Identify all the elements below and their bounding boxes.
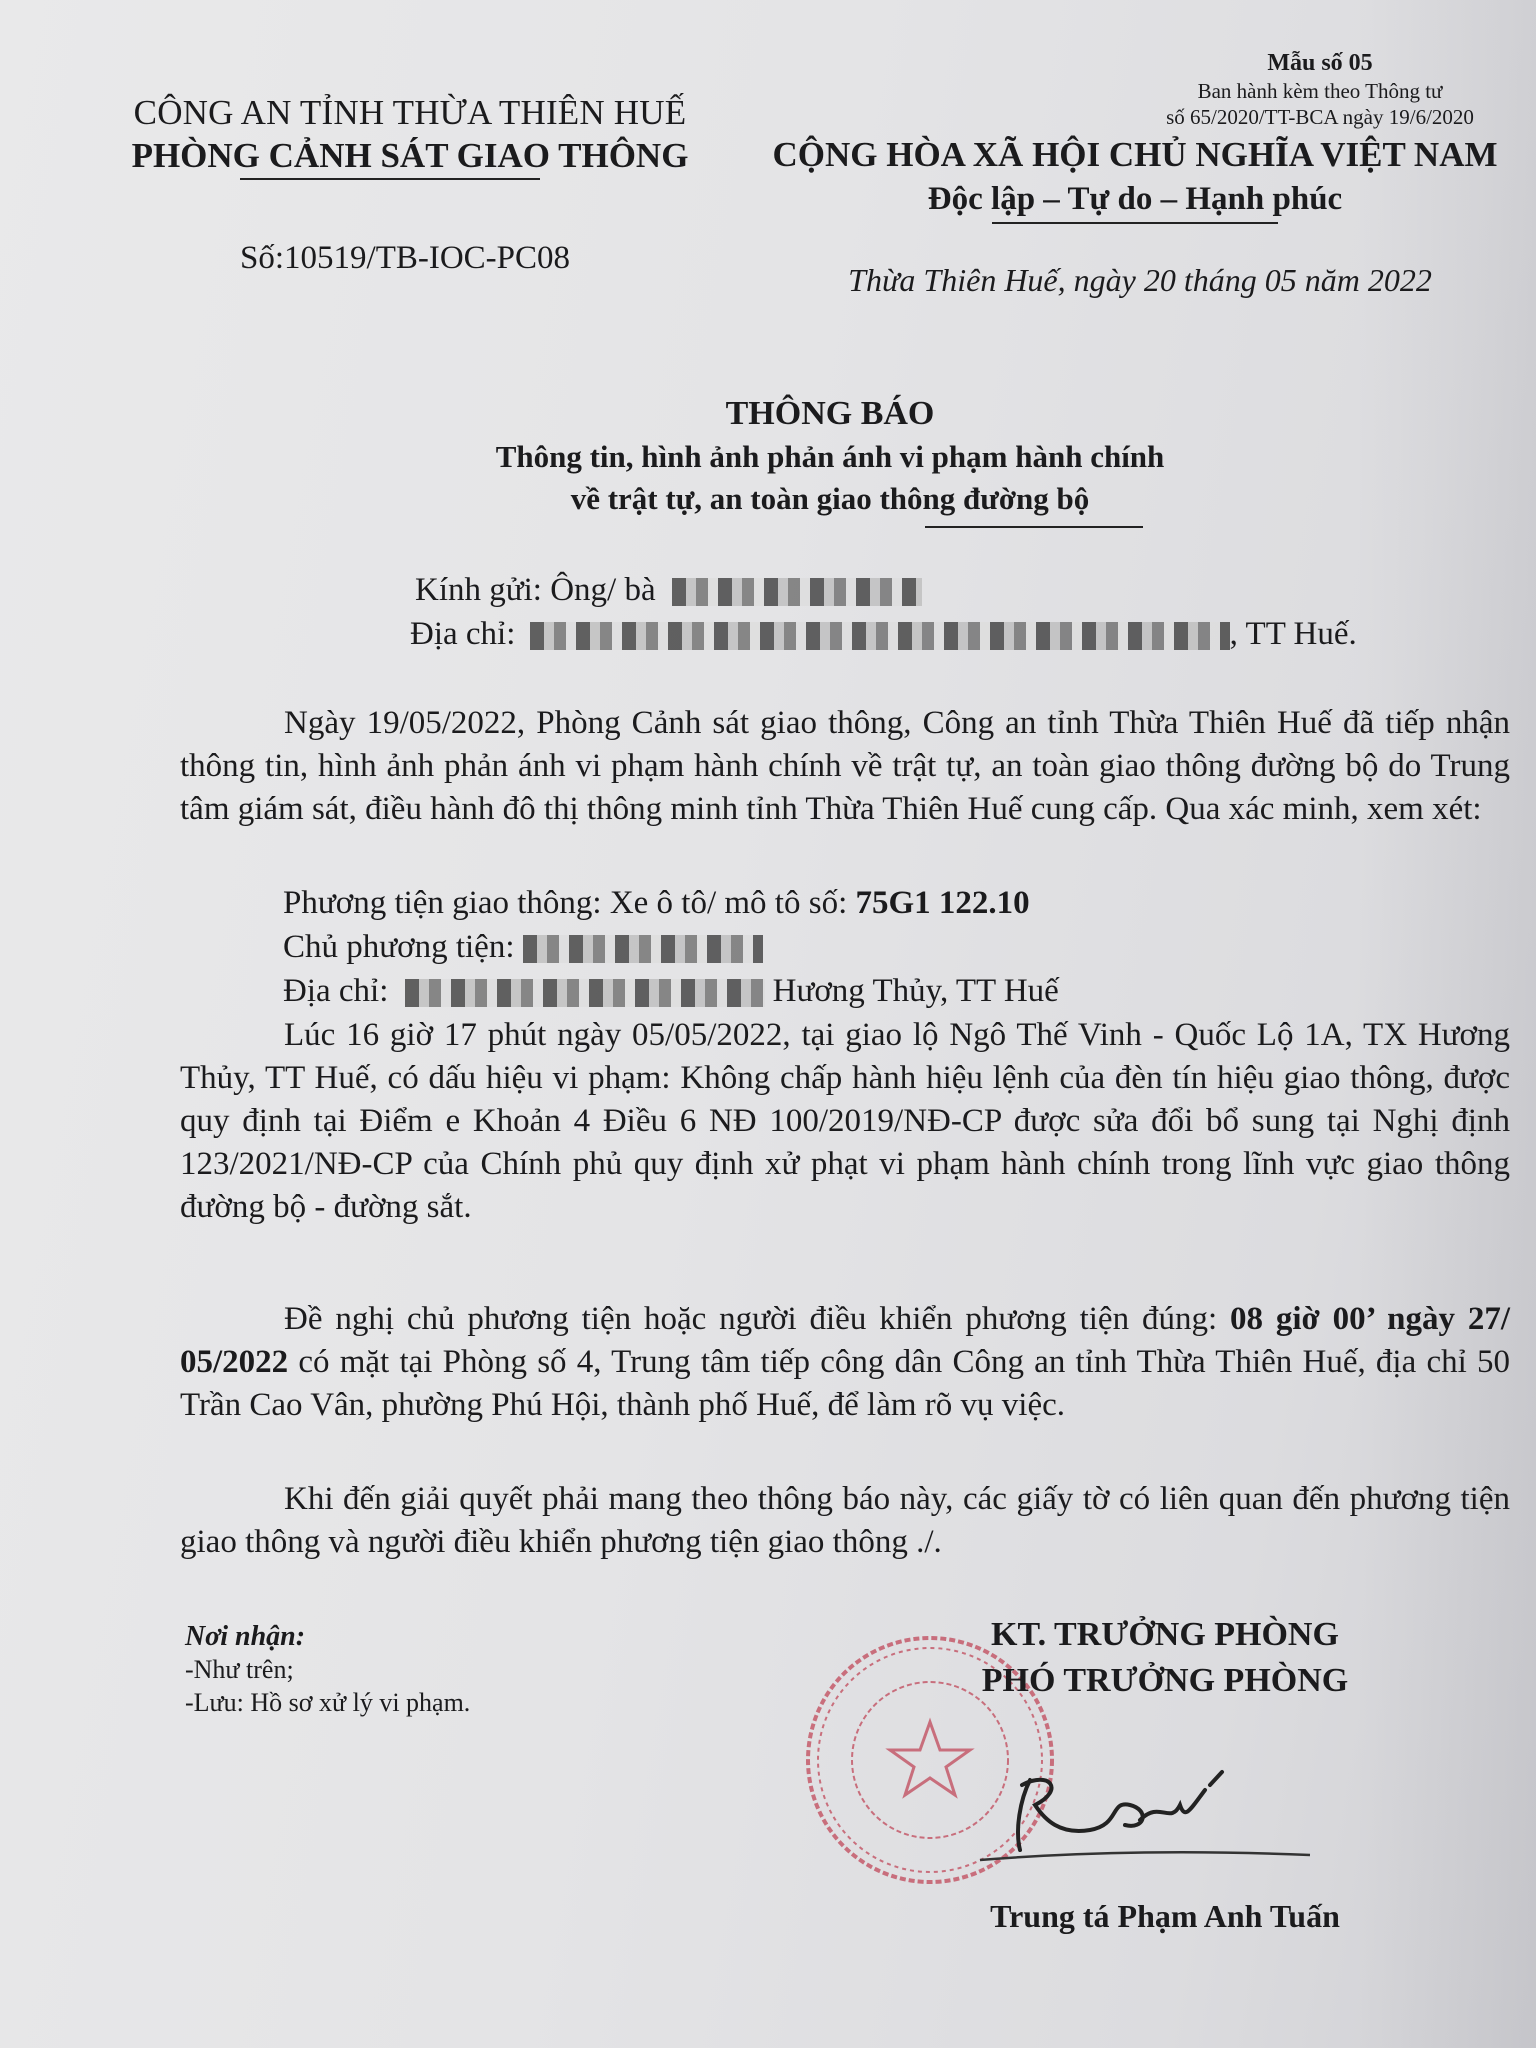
divider (240, 178, 540, 180)
address-label: Địa chỉ: (410, 616, 515, 652)
paragraph-summons: Đề nghị chủ phương tiện hoặc người điều … (180, 1298, 1510, 1427)
agency-name: CÔNG AN TỈNH THỪA THIÊN HUẾ (100, 92, 720, 134)
owner-label: Chủ phương tiện: (283, 929, 515, 965)
owner-line: Chủ phương tiện: (283, 926, 763, 969)
vehicle-line: Phương tiện giao thông: Xe ô tô/ mô tô s… (283, 882, 1030, 925)
signer-name: Trung tá Phạm Anh Tuấn (930, 1898, 1400, 1935)
signature-title-1: KT. TRƯỞNG PHÒNG (930, 1612, 1400, 1658)
paragraph-received: Ngày 19/05/2022, Phòng Cảnh sát giao thô… (180, 702, 1510, 831)
country-name: CỘNG HÒA XÃ HỘI CHỦ NGHĨA VIỆT NAM (750, 132, 1520, 178)
distribution-heading: Nơi nhận: (185, 1620, 470, 1653)
form-number: Mẫu số 05 (1110, 48, 1530, 78)
owner-address-suffix: Hương Thủy, TT Huế (773, 973, 1059, 1009)
form-info: Mẫu số 05 Ban hành kèm theo Thông tư số … (1110, 48, 1530, 130)
owner-address-label: Địa chỉ: (283, 973, 388, 1009)
document-title: THÔNG BÁO Thông tin, hình ảnh phản ánh v… (380, 392, 1280, 528)
signature-title: KT. TRƯỞNG PHÒNG PHÓ TRƯỞNG PHÒNG (930, 1612, 1400, 1704)
redacted-address (530, 622, 1230, 650)
issuing-agency-block: CÔNG AN TỈNH THỪA THIÊN HUẾ PHÒNG CẢNH S… (100, 92, 720, 180)
form-reference-1: Ban hành kèm theo Thông tư (1110, 78, 1530, 104)
summons-location: có mặt tại Phòng số 4, Trung tâm tiếp cô… (180, 1344, 1510, 1423)
document-number: Số:10519/TB-IOC-PC08 (240, 240, 570, 277)
paragraph-violation: Lúc 16 giờ 17 phút ngày 05/05/2022, tại … (180, 1014, 1510, 1229)
department-name: PHÒNG CẢNH SÁT GIAO THÔNG (100, 134, 720, 178)
redacted-name (672, 578, 922, 606)
address-suffix: , TT Huế. (1230, 616, 1357, 652)
title-main: THÔNG BÁO (380, 392, 1280, 436)
title-sub-2: về trật tự, an toàn giao thông đường bộ (380, 478, 1280, 520)
signature-icon (960, 1760, 1330, 1880)
redacted-owner (523, 935, 763, 963)
divider (925, 526, 1143, 528)
salutation: Kính gửi: Ông/ bà (415, 572, 656, 608)
vehicle-label: Phương tiện giao thông: Xe ô tô/ mô tô s… (283, 885, 856, 921)
recipient-line: Kính gửi: Ông/ bà (415, 568, 922, 612)
signature-title-2: PHÓ TRƯỞNG PHÒNG (930, 1658, 1400, 1704)
distribution-list: Nơi nhận: -Như trên; -Lưu: Hồ sơ xử lý v… (185, 1620, 470, 1719)
vehicle-plate: 75G1 122.10 (856, 885, 1030, 921)
paragraph-documents: Khi đến giải quyết phải mang theo thông … (180, 1478, 1510, 1564)
place-date: Thừa Thiên Huế, ngày 20 tháng 05 năm 202… (800, 262, 1480, 299)
summons-text: Đề nghị chủ phương tiện hoặc người điều … (284, 1301, 1230, 1337)
divider (992, 222, 1278, 224)
slogan: Độc lập – Tự do – Hạnh phúc (750, 178, 1520, 220)
form-reference-2: số 65/2020/TT-BCA ngày 19/6/2020 (1110, 104, 1530, 130)
owner-address-line: Địa chỉ: Hương Thủy, TT Huế (283, 970, 1059, 1013)
redacted-owner-address (405, 979, 765, 1007)
distribution-item: -Lưu: Hồ sơ xử lý vi phạm. (185, 1686, 470, 1719)
distribution-item: -Như trên; (185, 1653, 470, 1686)
national-motto: CỘNG HÒA XÃ HỘI CHỦ NGHĨA VIỆT NAM Độc l… (750, 132, 1520, 224)
recipient-address: Địa chỉ: , TT Huế. (410, 612, 1357, 656)
title-sub-1: Thông tin, hình ảnh phản ánh vi phạm hàn… (380, 436, 1280, 478)
